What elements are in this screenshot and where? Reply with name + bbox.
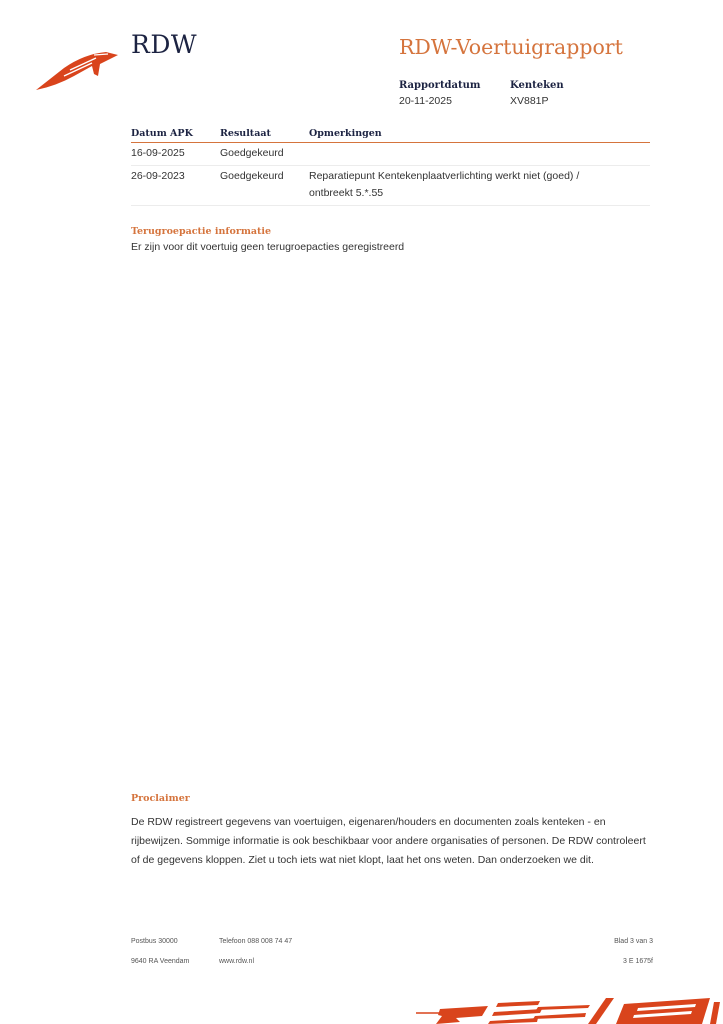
footer-city: 9640 RA Veendam [131,958,189,965]
table-header: Datum APK Resultaat Opmerkingen [131,128,650,143]
footer-phone: Telefoon 088 008 74 47 [219,938,292,945]
apk-remarks: Reparatiepunt Kentekenplaatverlichting w… [309,166,650,206]
footer-page-number: Blad 3 van 3 [614,938,653,945]
plate-value: XV881P [510,95,549,107]
table-row: 26-09-2023 Goedgekeurd Reparatiepunt Ken… [131,166,650,206]
column-header-remarks: Opmerkingen [309,128,650,143]
recall-heading: Terugroepactie informatie [131,226,271,237]
apk-date: 16-09-2025 [131,143,220,166]
proclaimer-text: De RDW registreert gegevens van voertuig… [131,813,651,870]
rdw-stripes-decoration-icon [410,994,723,1024]
proclaimer-heading: Proclaimer [131,793,190,804]
footer-postbus: Postbus 30000 [131,938,178,945]
report-date: 20-11-2025 [399,95,452,107]
column-header-date: Datum APK [131,128,220,143]
apk-table: Datum APK Resultaat Opmerkingen 16-09-20… [131,128,650,206]
recall-text: Er zijn voor dit voertuig geen terugroep… [131,241,404,253]
table-row: 16-09-2025 Goedgekeurd [131,143,650,166]
report-date-label: Rapportdatum [399,80,481,91]
footer-doc-code: 3 E 1675f [623,958,653,965]
page-title: RDW-Voertuigrapport [399,35,623,59]
column-header-result: Resultaat [220,128,309,143]
rdw-feather-logo-icon [34,46,124,92]
apk-date: 26-09-2023 [131,166,220,206]
plate-label: Kenteken [510,80,564,91]
apk-result: Goedgekeurd [220,166,309,206]
apk-result: Goedgekeurd [220,143,309,166]
apk-remarks [309,143,650,166]
footer-website[interactable]: www.rdw.nl [219,958,254,965]
brand-name: RDW [131,30,197,59]
